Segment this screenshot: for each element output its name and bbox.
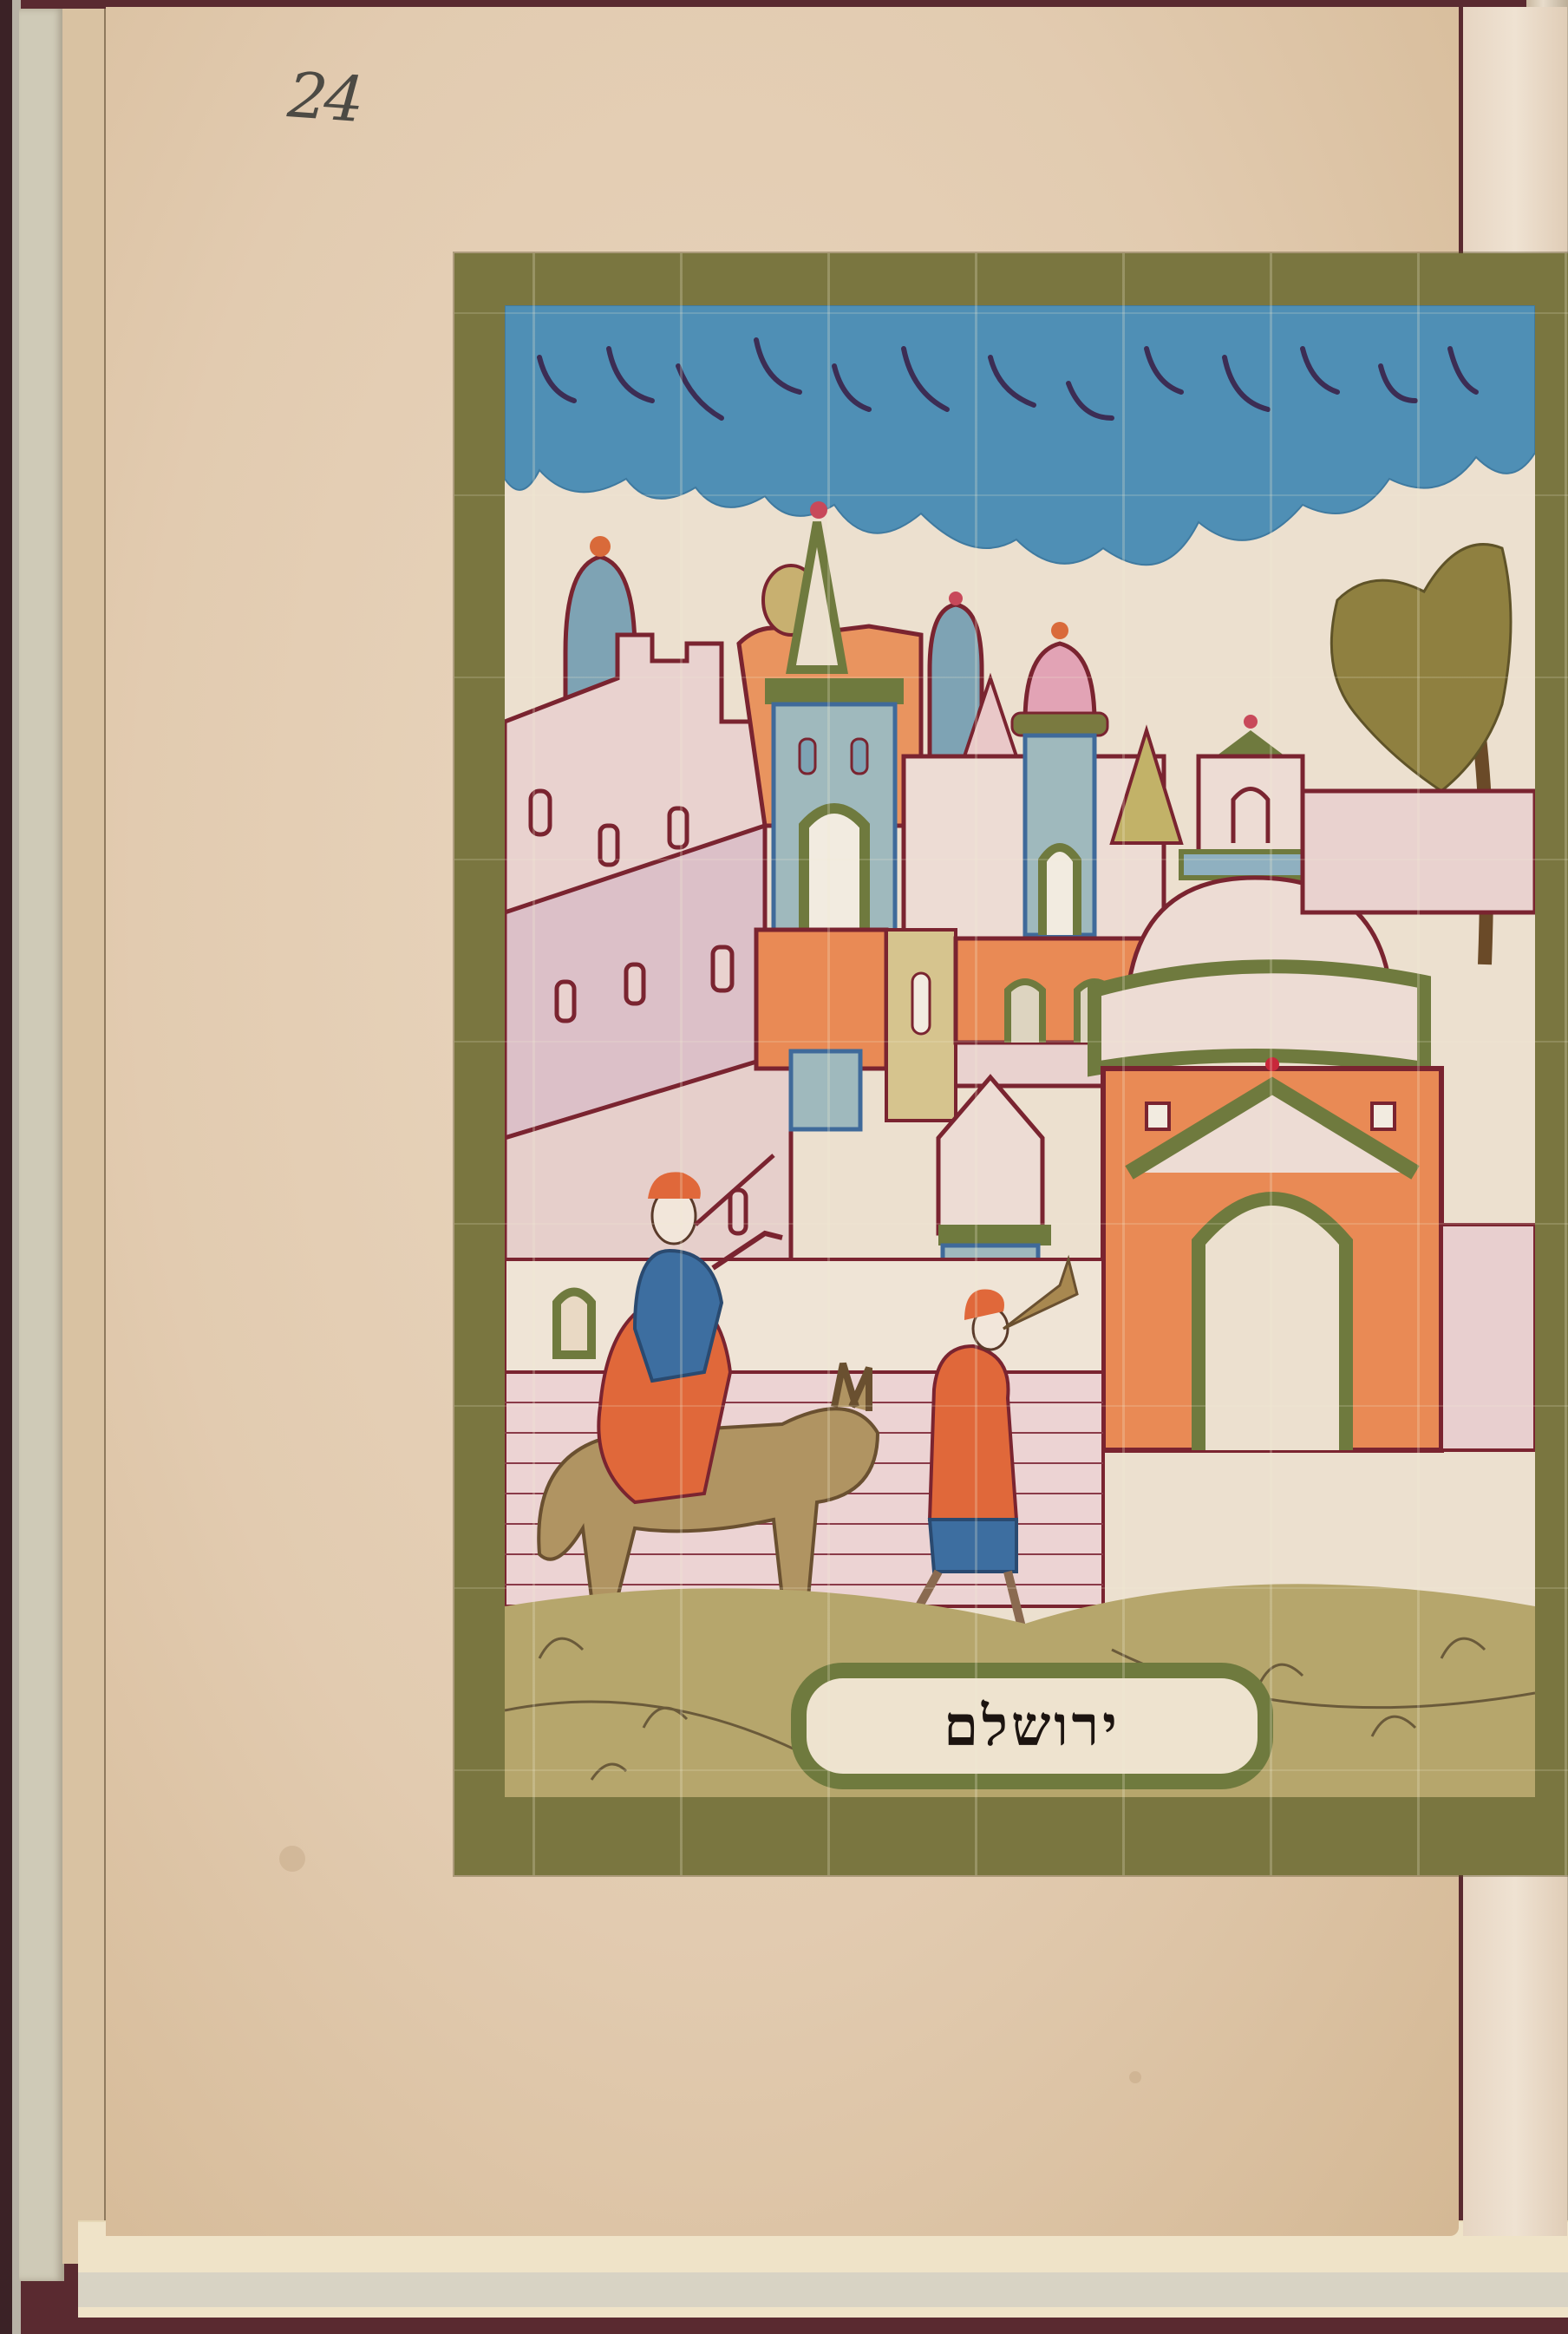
city-gate — [1094, 966, 1535, 1450]
lower-wall — [505, 1259, 1103, 1372]
stain — [279, 1846, 305, 1872]
pink-city-walls-left — [505, 635, 791, 1346]
caption-text: ירושלם — [944, 1694, 1120, 1759]
underlying-leaf-shadow — [78, 2272, 1568, 2307]
pink-domed-tower — [1012, 622, 1107, 935]
stain — [1129, 2071, 1141, 2083]
illustration-scene: ירושלם — [505, 305, 1535, 1797]
caption-cartouche: ירושלם — [791, 1663, 1273, 1789]
flyleaf-strip — [19, 9, 64, 2281]
sky-clouds — [505, 305, 1535, 565]
illustration-frame: ירושלם — [454, 253, 1568, 1875]
city-illustration — [505, 305, 1535, 1797]
gutter — [62, 9, 106, 2264]
folio-number: 24 — [285, 58, 363, 136]
manuscript-page: 24 — [106, 7, 1459, 2236]
